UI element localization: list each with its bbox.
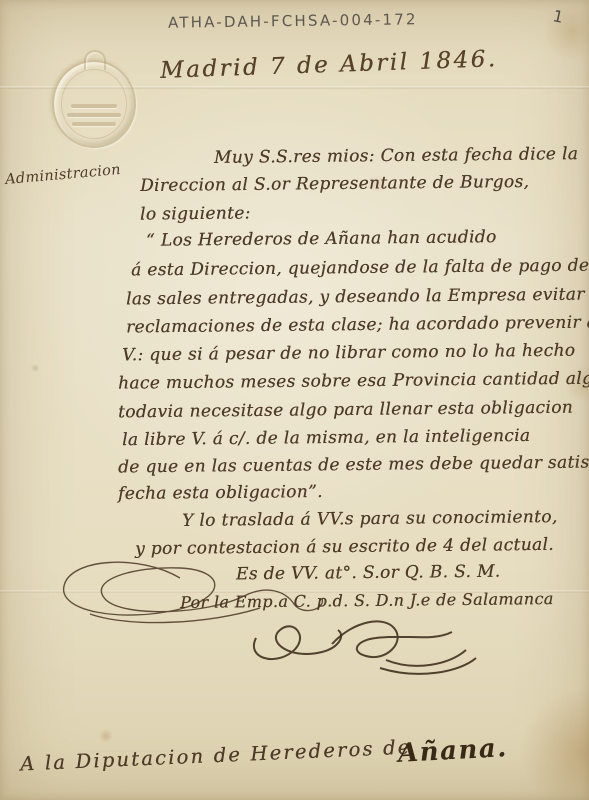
dateline: Madrid 7 de Abril 1846. [160,46,498,84]
letter-line: Y lo traslada á VV.s para su conocimient… [182,507,558,531]
closing-line: Es de VV. at°. S.or Q. B. S. M. [236,562,501,585]
letter-line: la libre V. á c/. de la misma, en la int… [122,426,531,450]
seal-text-line [72,122,116,126]
letter-line: de que en las cuentas de este mes debe q… [118,453,589,478]
letter-line: V.: que si á pesar de no librar como no … [122,341,575,366]
seal-text-line [67,113,121,117]
letter-line: “ Los Herederos de Añana han acudido [146,227,497,251]
footer-address: A la Diputacion de Herederos de [20,735,412,775]
letter-line: las sales entregadas, y deseando la Empr… [126,285,585,310]
letter-line: á esta Direccion, quejandose de la falta… [131,256,589,281]
signature [236,600,482,682]
margin-note: Administracion [5,162,122,188]
footer-addressee: Añana. [397,733,508,769]
letter-line: Direccion al S.or Representante de Burgo… [140,172,529,196]
page-number: 1 [551,6,565,27]
letter-line: lo siguiente: [140,203,251,224]
document-page: ATHA-DAH-FCHSA-004-172 1 Madrid 7 de Abr… [0,0,589,800]
archive-reference: ATHA-DAH-FCHSA-004-172 [168,10,418,31]
letter-line: reclamaciones de esta clase; ha acordado… [126,313,589,338]
letter-line: y por contestacion á su escrito de 4 del… [135,535,554,559]
embossed-seal-icon [52,60,136,148]
letter-line: hace muchos meses sobre esa Provincia ca… [118,368,589,393]
letter-line: fecha esta obligacion”. [118,482,323,504]
letter-line: todavia necesitase algo para llenar esta… [118,398,573,423]
closing-line: Por la Emp.a C. p.d. S. D.n J.e de Salam… [180,589,554,612]
letter-line: Muy S.S.res mios: Con esta fecha dice la [214,144,578,168]
seal-text-line [71,104,117,108]
